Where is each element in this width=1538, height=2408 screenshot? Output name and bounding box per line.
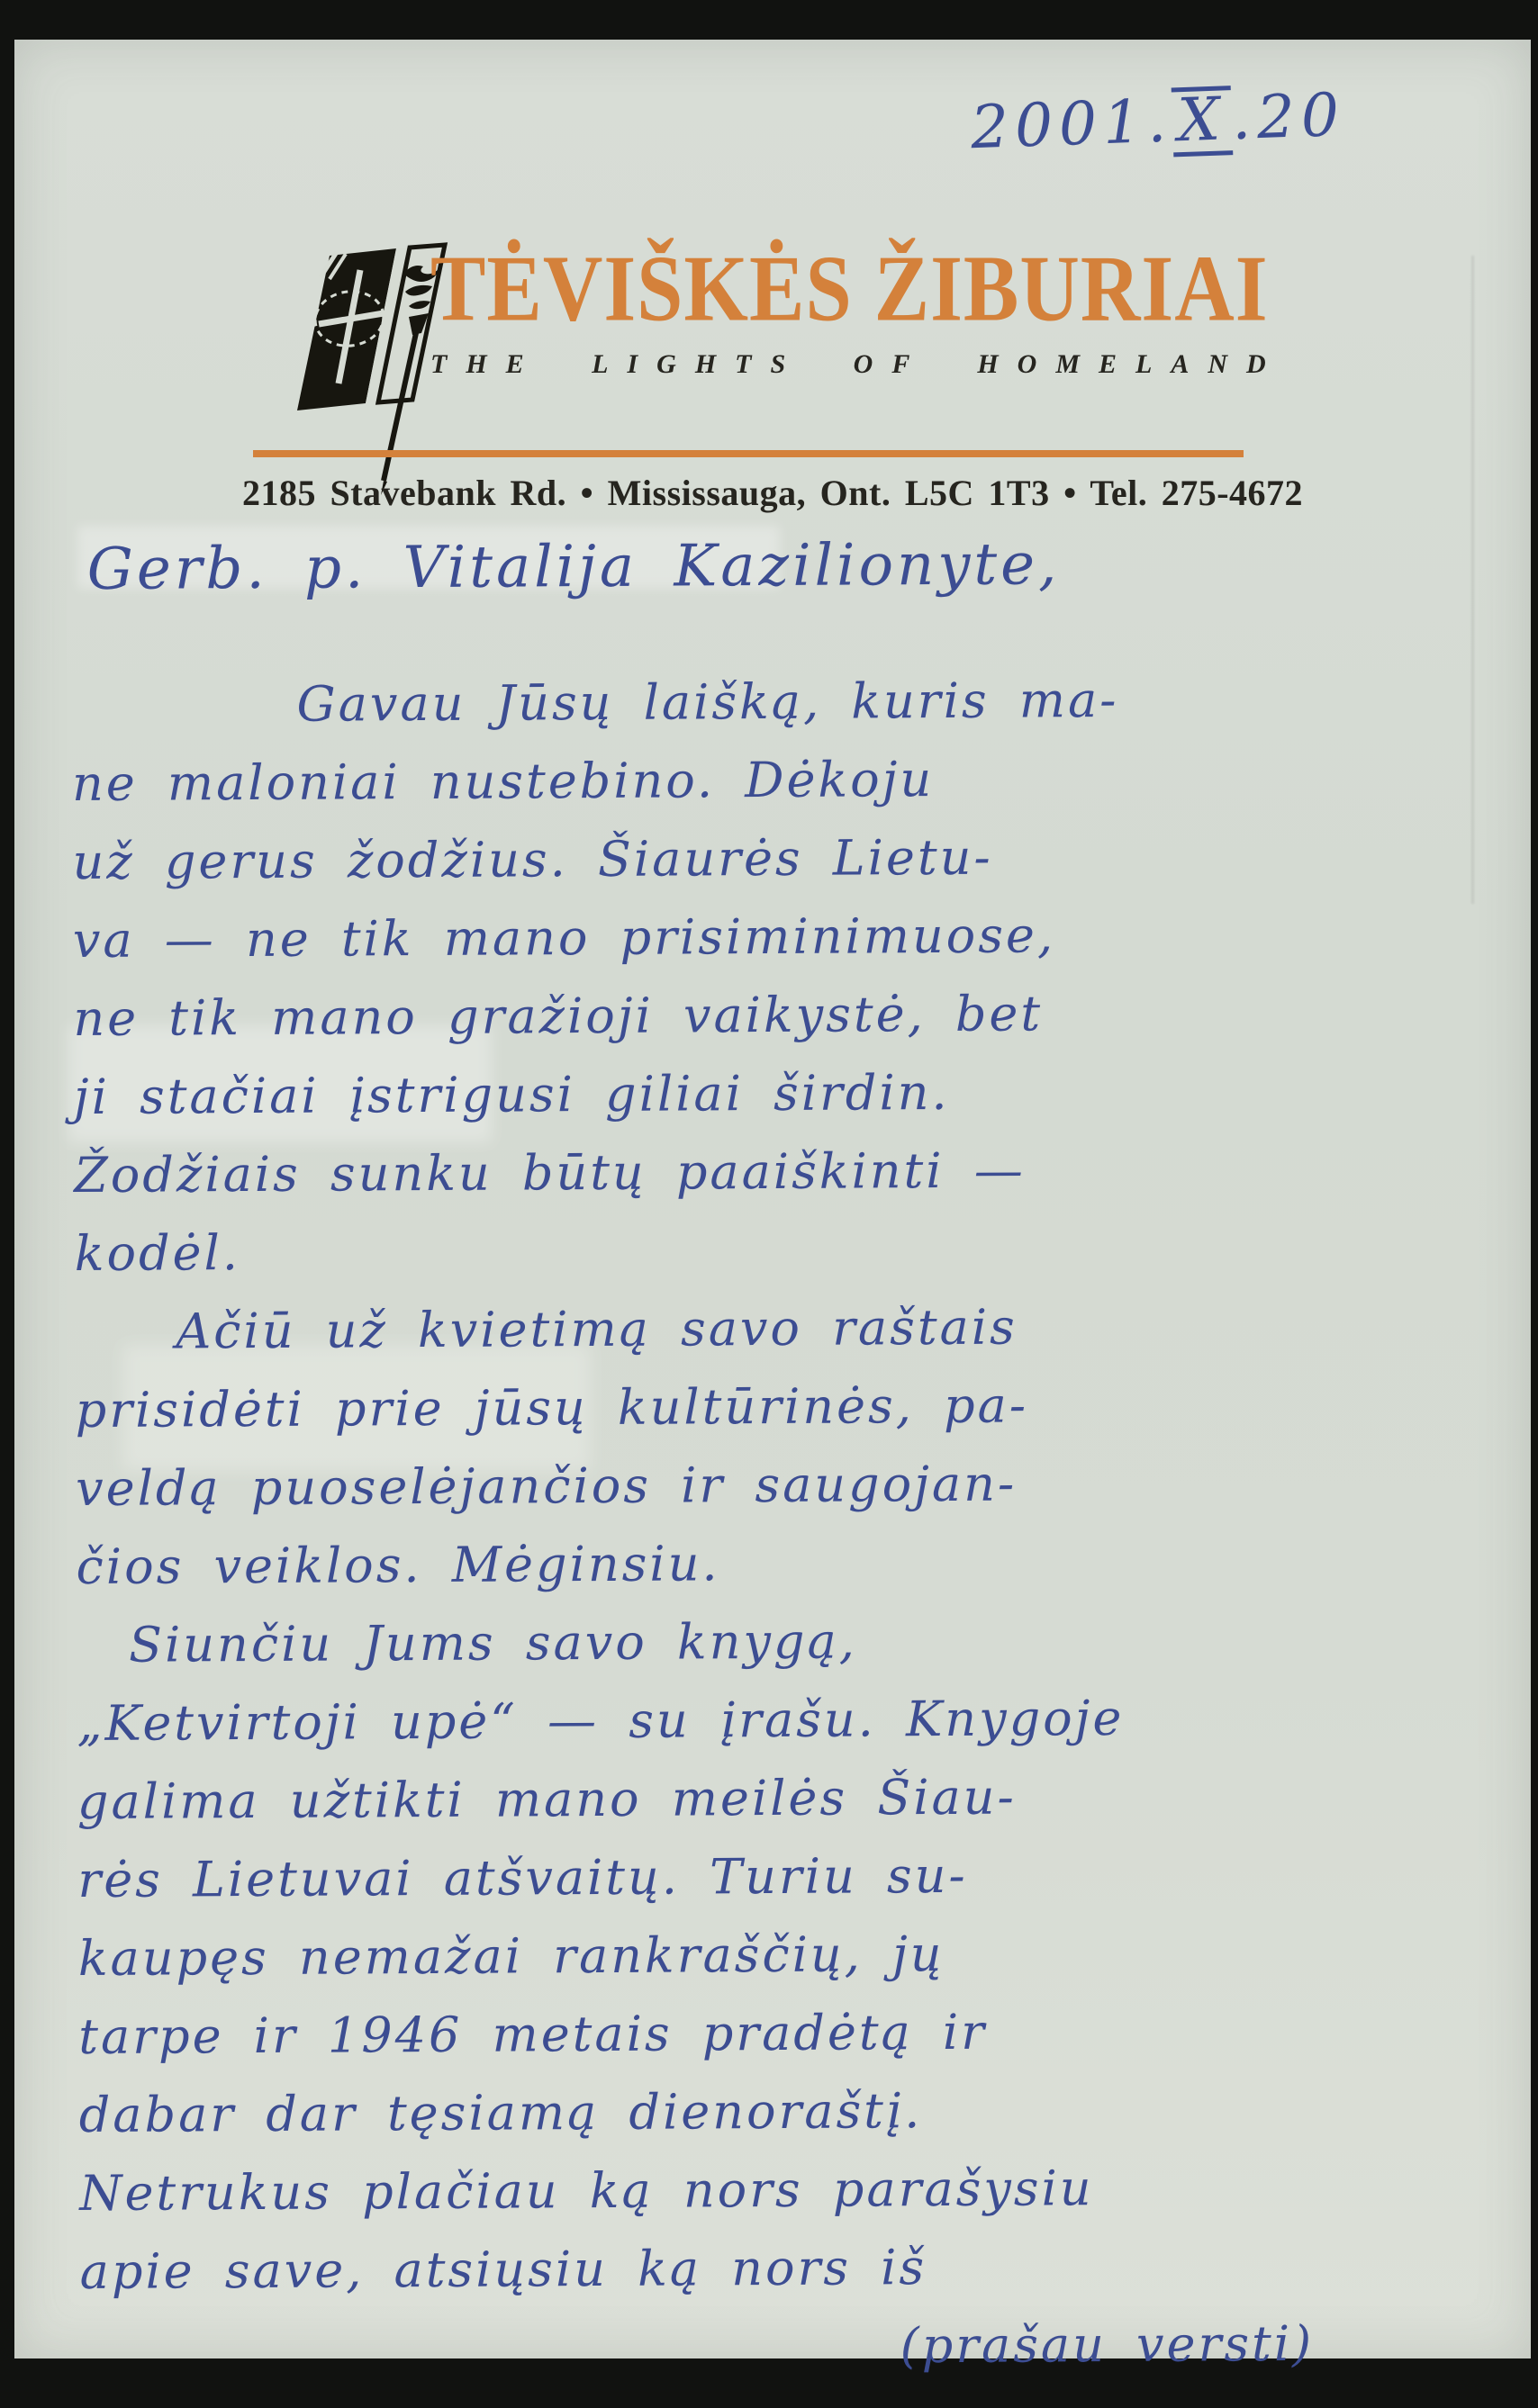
letterhead: TĖVIŠKĖS ŽIBURIAI THE LIGHTS OF HOMELAND… bbox=[14, 236, 1531, 461]
salutation-line: Gerb. p. Vitalija Kazilionyte, bbox=[71, 529, 1463, 652]
handwritten-line: Siunčiu Jums savo knygą, bbox=[77, 1610, 1468, 1695]
handwritten-line: ne tik mano gražioji vaikystė, bet bbox=[73, 983, 1464, 1069]
handwritten-line: Netrukus plačiau ką nors parašysiu bbox=[79, 2158, 1470, 2243]
handwritten-line: Gavau Jūsų laišką, kuris ma- bbox=[71, 670, 1462, 755]
handwritten-line: galima užtikti mano meilės Šiau- bbox=[77, 1766, 1469, 1852]
letterhead-row: TĖVIŠKĖS ŽIBURIAI THE LIGHTS OF HOMELAND… bbox=[14, 236, 1531, 461]
handwritten-line: kaupęs nemažai rankraščių, jų bbox=[78, 1923, 1470, 2008]
newspaper-tagline: THE LIGHTS OF HOMELAND bbox=[430, 349, 1268, 380]
handwritten-line: Ačiū už kvietimą savo raštais bbox=[75, 1296, 1466, 1382]
handwritten-line: kodėl. bbox=[75, 1218, 1466, 1303]
newspaper-title: TĖVIŠKĖS ŽIBURIAI bbox=[430, 241, 1251, 336]
handwritten-line: veldą puoselėjančios ir saugojan- bbox=[76, 1453, 1467, 1538]
address-line: 2185 Stavebank Rd. • Mississauga, Ont. L… bbox=[14, 472, 1531, 514]
handwritten-line: va — ne tik mano prisiminimuose, bbox=[73, 905, 1464, 990]
handwritten-line: čios veiklos. Mėginsiu. bbox=[76, 1531, 1467, 1617]
masthead: TĖVIŠKĖS ŽIBURIAI THE LIGHTS OF HOMELAND bbox=[430, 241, 1268, 380]
handwritten-line: „Ketvirtoji upė“ — su įrašu. Knygoje bbox=[77, 1688, 1468, 1773]
cross-and-torch-logo-icon bbox=[277, 239, 448, 510]
handwritten-line: rės Lietuvai atšvaitų. Turiu su- bbox=[77, 1844, 1469, 1930]
date-year: 2001. bbox=[970, 86, 1174, 162]
date-day: .20 bbox=[1231, 80, 1347, 153]
handwritten-line: Žodžiais sunku būtų paaiškinti — bbox=[74, 1140, 1465, 1225]
handwritten-line: dabar dar tęsiamą dienoraštį. bbox=[79, 2079, 1470, 2165]
handwritten-note-turn-over: (prašau versti) bbox=[80, 2314, 1471, 2400]
handwritten-line: ne maloniai nustebino. Dėkoju bbox=[72, 748, 1463, 834]
handwritten-body: Gerb. p. Vitalija Kazilionyte, Gavau Jūs… bbox=[71, 529, 1472, 2400]
date-month-roman-numeral: X bbox=[1172, 86, 1234, 158]
handwritten-line: ji stačiai įstrigusi giliai širdin. bbox=[74, 1061, 1465, 1147]
scanned-letter-page: 2001.X.20 bbox=[0, 0, 1538, 2408]
letter-paper: 2001.X.20 bbox=[14, 40, 1531, 2358]
handwritten-line: prisidėti prie jūsų kultūrinės, pa- bbox=[76, 1375, 1467, 1460]
handwritten-line: apie save, atsiųsiu ką nors iš bbox=[80, 2236, 1471, 2322]
handwritten-line: už gerus žodžius. Šiaurės Lietu- bbox=[72, 826, 1463, 912]
handwritten-line: tarpe ir 1946 metais pradėtą ir bbox=[78, 2001, 1470, 2087]
orange-divider-rule bbox=[253, 450, 1244, 457]
handwritten-date: 2001.X.20 bbox=[970, 80, 1346, 165]
